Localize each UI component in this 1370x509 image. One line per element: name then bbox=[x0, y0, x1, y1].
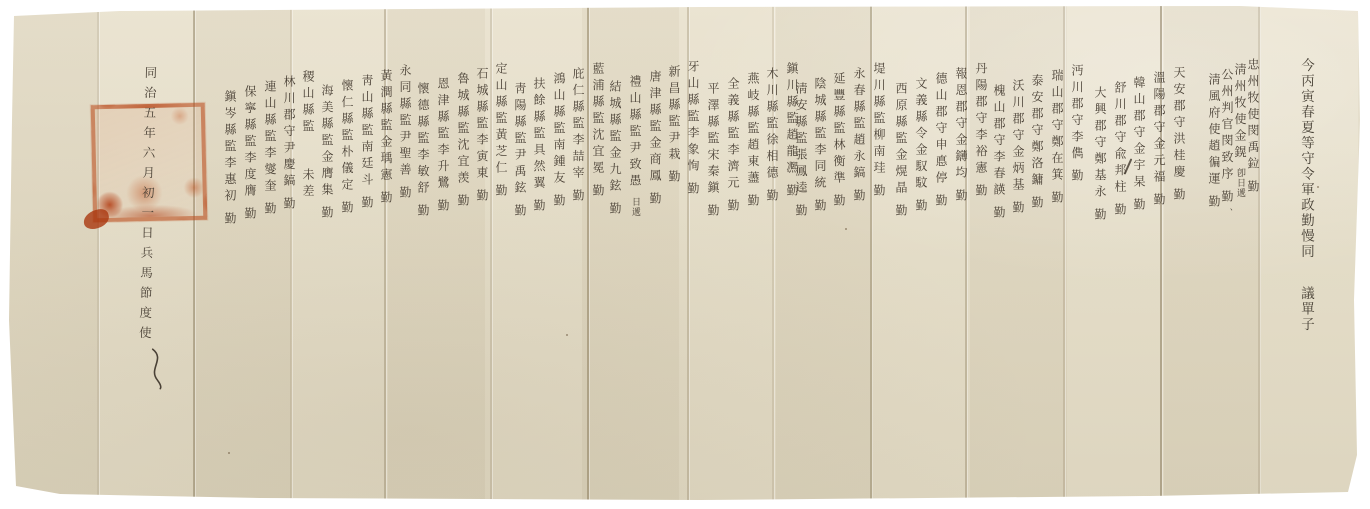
official-title-name: 禮山縣監尹致愚 bbox=[628, 75, 642, 191]
document-title: 今丙寅春夏等守令軍政勤慢同 bbox=[1298, 58, 1314, 260]
official-entry: 淸風府使趙徧運勤 bbox=[1205, 73, 1223, 211]
official-title-name: 靑陽縣監尹禹鉉 bbox=[513, 82, 527, 198]
official-title-name: 保寧縣監李度膺 bbox=[243, 85, 257, 201]
evaluation-grade: 勤 bbox=[765, 189, 779, 206]
official-entry: 永同縣監尹聖善勤 bbox=[396, 64, 414, 202]
official-title-name: 懷德縣監李敏舒 bbox=[416, 82, 430, 198]
official-title-name: 扶餘縣監具然翼 bbox=[532, 77, 546, 193]
official-entry: 槐山郡守李春韺勤 bbox=[990, 84, 1008, 222]
official-title-name: 鎭岑縣監李惠初 bbox=[223, 90, 237, 206]
official-entry: 瑞山郡守鄭在箕勤 bbox=[1048, 69, 1066, 207]
official-title-name: 藍浦縣監沈宜冕 bbox=[591, 62, 605, 178]
evaluation-grade: 勤 bbox=[992, 206, 1006, 223]
official-entry: 陰城縣監李同統勤 bbox=[811, 77, 829, 215]
official-title-name: 黃澗縣監金瑀憲 bbox=[379, 69, 393, 185]
official-entry: 結城縣監金九鉉勤 bbox=[606, 80, 624, 218]
official-title-name: 結城縣監金九鉉 bbox=[608, 80, 622, 196]
evaluation-grade: 勤 bbox=[416, 204, 430, 221]
document-title-column: 今丙寅春夏等守令軍政勤慢同議單子 bbox=[1297, 58, 1315, 332]
document-title-label: 議單子 bbox=[1298, 286, 1314, 333]
official-title-name: 鴻山縣監南鍾友 bbox=[552, 72, 566, 188]
evaluation-grade: 勤 bbox=[494, 184, 508, 201]
official-title-name: 沃川郡守金炳基 bbox=[1011, 79, 1025, 195]
official-title-name: 鎭川縣監趙龍凞 bbox=[785, 62, 799, 178]
evaluation-grade: 勤 bbox=[456, 194, 470, 211]
official-title-name: 定山縣監黃芝仁 bbox=[494, 62, 508, 178]
official-entry: 永春縣監趙永鎬勤 bbox=[850, 67, 868, 205]
official-title-name: 石城縣監李寅東 bbox=[475, 67, 489, 183]
evaluation-grade: 勤 bbox=[726, 199, 740, 216]
document-paper: 今丙寅春夏等守令軍政勤慢同議單子 忠州牧使閔禹鉝勤淸州牧使金鎤卽日遞公州判官閔致… bbox=[0, 0, 1370, 509]
official-title-name: 天安郡守洪桂慶 bbox=[1172, 66, 1186, 182]
evaluation-grade: 勤 bbox=[914, 199, 928, 216]
official-entry: 溫陽郡守金元福勤 bbox=[1150, 71, 1168, 209]
official-title-name: 木川縣監徐相德 bbox=[765, 67, 779, 183]
official-title-name: 庇仁縣監李喆宰 bbox=[571, 67, 585, 183]
fold-crease-line bbox=[97, 6, 99, 500]
paper-speck bbox=[228, 452, 230, 454]
official-title-name: 永同縣監尹聖善 bbox=[398, 64, 412, 180]
official-entry: 連山縣監李燮奎勤 bbox=[261, 80, 279, 218]
official-entry: 堤川縣監柳南珪勤 bbox=[870, 62, 888, 200]
official-entry: 報恩郡守金鑮均勤 bbox=[952, 67, 970, 205]
official-entry: 藍浦縣監沈宜冕勤 bbox=[589, 62, 607, 200]
official-title-name: 永春縣監趙永鎬 bbox=[852, 67, 866, 183]
official-title-name: 報恩郡守金鑮均 bbox=[954, 67, 968, 183]
fold-crease-line bbox=[193, 6, 195, 500]
official-entry: 平澤縣監宋秦鎭勤 bbox=[704, 82, 722, 220]
official-entry: 禮山縣監尹致愚日遞 bbox=[626, 75, 644, 217]
official-title-name: 延豐縣監林衡準 bbox=[832, 72, 846, 188]
official-entry: 鎭川縣監趙龍凞勤 bbox=[783, 62, 801, 200]
evaluation-grade: 勤 bbox=[794, 204, 808, 221]
official-entry: 懷德縣監李敏舒勤 bbox=[414, 82, 432, 220]
evaluation-grade: 勤 bbox=[608, 202, 622, 219]
official-entry: 新昌縣監尹栽勤 bbox=[665, 65, 683, 187]
evaluation-grade: 勤 bbox=[686, 182, 700, 199]
evaluation-grade: 勤 bbox=[813, 199, 827, 216]
evaluation-grade: 勤 bbox=[436, 199, 450, 216]
official-title-name: 恩津縣監李升鷺 bbox=[436, 77, 450, 193]
official-entry: 大興郡守鄭基永勤 bbox=[1091, 86, 1109, 224]
official-entry: 海美縣監金膺集勤 bbox=[318, 84, 336, 222]
evaluation-grade: 勤 bbox=[785, 184, 799, 201]
evaluation-grade: 勤 bbox=[894, 204, 908, 221]
evaluation-grade: 勤 bbox=[1132, 198, 1146, 215]
official-entry: 鴻山縣監南鍾友勤 bbox=[550, 72, 568, 210]
evaluation-grade: 勤 bbox=[648, 192, 662, 209]
official-entry: 德山郡守申悳停勤 bbox=[932, 72, 950, 210]
official-title-name: 燕岐縣監趙東藎 bbox=[746, 72, 760, 188]
official-entry: 泰安郡守鄭洛鏞勤 bbox=[1028, 74, 1046, 212]
official-entry: 扶餘縣監具然翼勤 bbox=[530, 77, 548, 215]
official-title-name: 魯城縣監沈宜羡 bbox=[456, 72, 470, 188]
official-entry: 稷山縣監未差 bbox=[299, 70, 317, 201]
official-title-name: 林川郡守尹慶鎬 bbox=[282, 75, 296, 191]
evaluation-grade: 勤 bbox=[974, 184, 988, 201]
evaluation-grade: 勤 bbox=[1070, 169, 1084, 186]
paper-speck bbox=[566, 334, 568, 336]
official-title-name: 海美縣監金膺集 bbox=[320, 84, 334, 200]
official-entry: 牙山縣監李象恂勤 bbox=[684, 60, 702, 198]
official-title-name: 牙山縣監李象恂 bbox=[686, 60, 700, 176]
official-title-name: 稷山縣監 bbox=[301, 70, 315, 136]
official-title-name: 全義縣監李濟元 bbox=[726, 77, 740, 193]
official-entry: 燕岐縣監趙東藎勤 bbox=[744, 72, 762, 210]
official-title-name: 淸風府使趙徧運 bbox=[1207, 73, 1221, 189]
official-title-name: 大興郡守鄭基永 bbox=[1093, 86, 1107, 202]
evaluation-grade: 勤 bbox=[243, 207, 257, 224]
official-entry: 魯城縣監沈宜羡勤 bbox=[454, 72, 472, 210]
official-title-name: 懷仁縣監朴儀定 bbox=[340, 79, 354, 195]
official-title-name: 唐津縣監金商鳳 bbox=[648, 70, 662, 186]
official-title-name: 文義縣令金馭馼 bbox=[914, 77, 928, 193]
evaluation-grade: 勤 bbox=[1113, 203, 1127, 220]
official-title-name: 陰城縣監李同統 bbox=[813, 77, 827, 193]
evaluation-grade: 勤 bbox=[513, 204, 527, 221]
official-entry: 林川郡守尹慶鎬勤 bbox=[280, 75, 298, 213]
official-title-name: 新昌縣監尹栽 bbox=[667, 65, 681, 164]
evaluation-grade: 勤 bbox=[1011, 201, 1025, 218]
photo-background: 今丙寅春夏等守令軍政勤慢同議單子 忠州牧使閔禹鉝勤淸州牧使金鎤卽日遞公州判官閔致… bbox=[0, 0, 1370, 509]
official-entry: 韓山郡守金宇杲勤 bbox=[1130, 76, 1148, 214]
official-title-name: 西原縣監金熀晶 bbox=[894, 82, 908, 198]
official-entry: 鎭岑縣監李惠初勤 bbox=[221, 90, 239, 228]
official-entry: 靑山縣監南廷斗勤 bbox=[358, 74, 376, 212]
official-entry: 黃澗縣監金瑀憲勤 bbox=[377, 69, 395, 207]
evaluation-grade: 勤 bbox=[223, 212, 237, 229]
evaluation-grade: 勤 bbox=[667, 170, 681, 187]
official-title-name: 槐山郡守李春韺 bbox=[992, 84, 1006, 200]
evaluation-grade: 勤 bbox=[1172, 188, 1186, 205]
official-title-name: 德山郡守申悳停 bbox=[934, 72, 948, 188]
evaluation-grade: 勤 bbox=[954, 189, 968, 206]
evaluation-grade: 日遞 bbox=[630, 197, 640, 217]
evaluation-grade: 勤 bbox=[1152, 193, 1166, 210]
official-entry: 唐津縣監金商鳳勤 bbox=[646, 70, 664, 208]
official-entry: 文義縣令金馭馼勤 bbox=[912, 77, 930, 215]
evaluation-grade: 勤 bbox=[263, 202, 277, 219]
date-line: 同治五年六月初一日兵馬節度使 bbox=[137, 66, 158, 346]
evaluation-grade: 勤 bbox=[571, 189, 585, 206]
official-entry: 全義縣監李濟元勤 bbox=[724, 77, 742, 215]
official-entry: 天安郡守洪桂慶勤 bbox=[1170, 66, 1188, 204]
signature-flourish bbox=[143, 347, 171, 392]
official-title-name: 沔川郡守李儁 bbox=[1070, 64, 1084, 163]
evaluation-grade: 勤 bbox=[832, 194, 846, 211]
paper-speck bbox=[1317, 186, 1319, 188]
evaluation-grade: 勤 bbox=[379, 191, 393, 208]
official-entry: 沔川郡守李儁勤 bbox=[1068, 64, 1086, 186]
evaluation-grade: 勤 bbox=[1207, 195, 1221, 212]
evaluation-grade: 勤 bbox=[552, 194, 566, 211]
official-entry: 延豐縣監林衡準勤 bbox=[830, 72, 848, 210]
evaluation-grade: 勤 bbox=[852, 189, 866, 206]
official-entry: 沃川郡守金炳基勤 bbox=[1009, 79, 1027, 217]
official-title-name: 泰安郡守鄭洛鏞 bbox=[1030, 74, 1044, 190]
evaluation-grade: 勤 bbox=[340, 201, 354, 218]
official-entry: 庇仁縣監李喆宰勤 bbox=[569, 67, 587, 205]
evaluation-grade: 勤 bbox=[872, 184, 886, 201]
official-title-name: 溫陽郡守金元福 bbox=[1152, 71, 1166, 187]
evaluation-grade: 勤 bbox=[320, 206, 334, 223]
official-title-name: 韓山郡守金宇杲 bbox=[1132, 76, 1146, 192]
paper-speck bbox=[845, 228, 847, 230]
evaluation-grade: 勤 bbox=[532, 199, 546, 216]
official-title-name: 靑山縣監南廷斗 bbox=[360, 74, 374, 190]
official-entry: 丹陽郡守李裕憲勤 bbox=[972, 62, 990, 200]
seal-ink-blot bbox=[81, 207, 111, 232]
evaluation-grade: 勤 bbox=[746, 194, 760, 211]
official-title-name: 瑞山郡守鄭在箕 bbox=[1050, 69, 1064, 185]
official-title-name: 丹陽郡守李裕憲 bbox=[974, 62, 988, 178]
evaluation-grade: 勤 bbox=[591, 184, 605, 201]
evaluation-grade: 勤 bbox=[706, 204, 720, 221]
official-entry: 懷仁縣監朴儀定勤 bbox=[338, 79, 356, 217]
evaluation-grade: 勤 bbox=[475, 189, 489, 206]
official-title-name: 堤川縣監柳南珪 bbox=[872, 62, 886, 178]
official-title-name: 舒川郡守兪邦柱 bbox=[1113, 81, 1127, 197]
official-entry: 定山縣監黃芝仁勤 bbox=[492, 62, 510, 200]
official-entry: 舒川郡守兪邦柱勤 bbox=[1111, 81, 1129, 219]
official-entry: 恩津縣監李升鷺勤 bbox=[434, 77, 452, 215]
tick-mark: 、 bbox=[1222, 208, 1232, 222]
evaluation-grade: 勤 bbox=[282, 197, 296, 214]
evaluation-grade: 未差 bbox=[301, 168, 315, 201]
official-entry: 靑陽縣監尹禹鉉勤 bbox=[511, 82, 529, 220]
evaluation-grade: 勤 bbox=[1093, 208, 1107, 225]
evaluation-grade: 勤 bbox=[360, 196, 374, 213]
official-entry: 西原縣監金熀晶勤 bbox=[892, 82, 910, 220]
official-entry: 木川縣監徐相德勤 bbox=[763, 67, 781, 205]
evaluation-grade: 勤 bbox=[934, 194, 948, 211]
evaluation-grade: 卽日遞 bbox=[1235, 168, 1245, 198]
official-title-name: 平澤縣監宋秦鎭 bbox=[706, 82, 720, 198]
evaluation-grade: 勤 bbox=[1050, 191, 1064, 208]
evaluation-grade: 勤 bbox=[1030, 196, 1044, 213]
official-entry: 保寧縣監李度膺勤 bbox=[241, 85, 259, 223]
evaluation-grade: 勤 bbox=[398, 186, 412, 203]
official-title-name: 連山縣監李燮奎 bbox=[263, 80, 277, 196]
official-entry: 石城縣監李寅東勤 bbox=[473, 67, 491, 205]
